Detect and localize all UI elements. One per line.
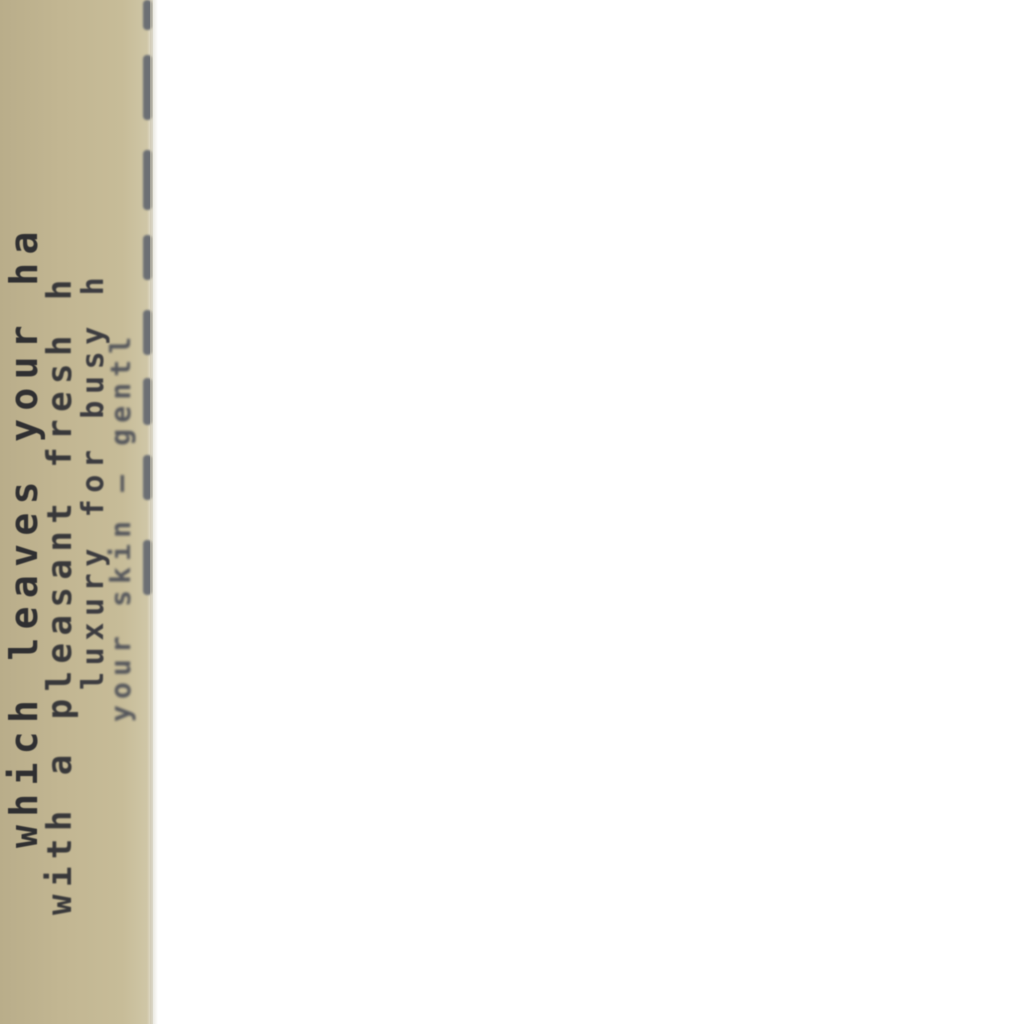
label-text-line-4: your skin – gentl [104,331,137,722]
label-text-line-2: with a pleasant fresh h [40,272,80,915]
product-label: which leaves your ha with a pleasant fre… [0,0,153,1024]
label-edge-shadow [150,0,158,1024]
